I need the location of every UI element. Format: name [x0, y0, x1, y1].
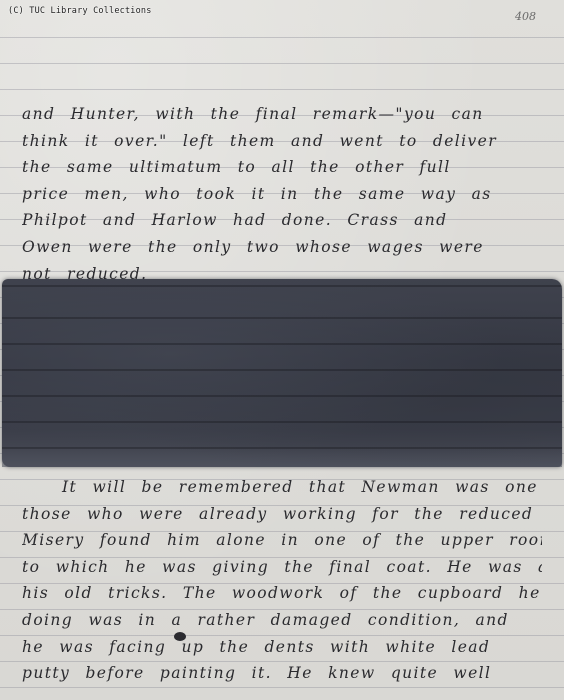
text-line: price men, who took it in the same way a…	[22, 181, 542, 208]
text-line: Misery found him alone in one of the upp…	[22, 527, 542, 554]
ink-smudge	[174, 632, 186, 641]
text-line: the same ultimatum to all the other full	[22, 154, 542, 181]
text-line: to which he was giving the final coat. H…	[22, 554, 542, 581]
paragraph-2: It will be remembered that Newman was on…	[22, 474, 542, 687]
text-line: It will be remembered that Newman was on…	[22, 474, 542, 501]
manuscript-page: (C) TUC Library Collections 408 and Hunt…	[0, 0, 564, 700]
copyright-credit: (C) TUC Library Collections	[8, 6, 152, 16]
text-line: Philpot and Harlow had done. Crass and	[22, 207, 542, 234]
page-number: 408	[515, 10, 536, 23]
text-line: those who were already working for the r…	[22, 501, 542, 528]
faint-obscured-lines	[2, 279, 562, 467]
ink-redaction-block	[2, 279, 562, 467]
text-line: his old tricks. The woodwork of the cupb…	[22, 580, 542, 607]
text-line: putty before painting it. He knew quite …	[22, 660, 542, 687]
paragraph-1: and Hunter, with the final remark—"you c…	[22, 101, 542, 287]
text-line: and Hunter, with the final remark—"you c…	[22, 101, 542, 128]
text-line: Owen were the only two whose wages were	[22, 234, 542, 261]
text-line: he was facing up the dents with white le…	[22, 634, 542, 661]
text-line: think it over." left them and went to de…	[22, 128, 542, 155]
text-line: doing was in a rather damaged condition,…	[22, 607, 542, 634]
